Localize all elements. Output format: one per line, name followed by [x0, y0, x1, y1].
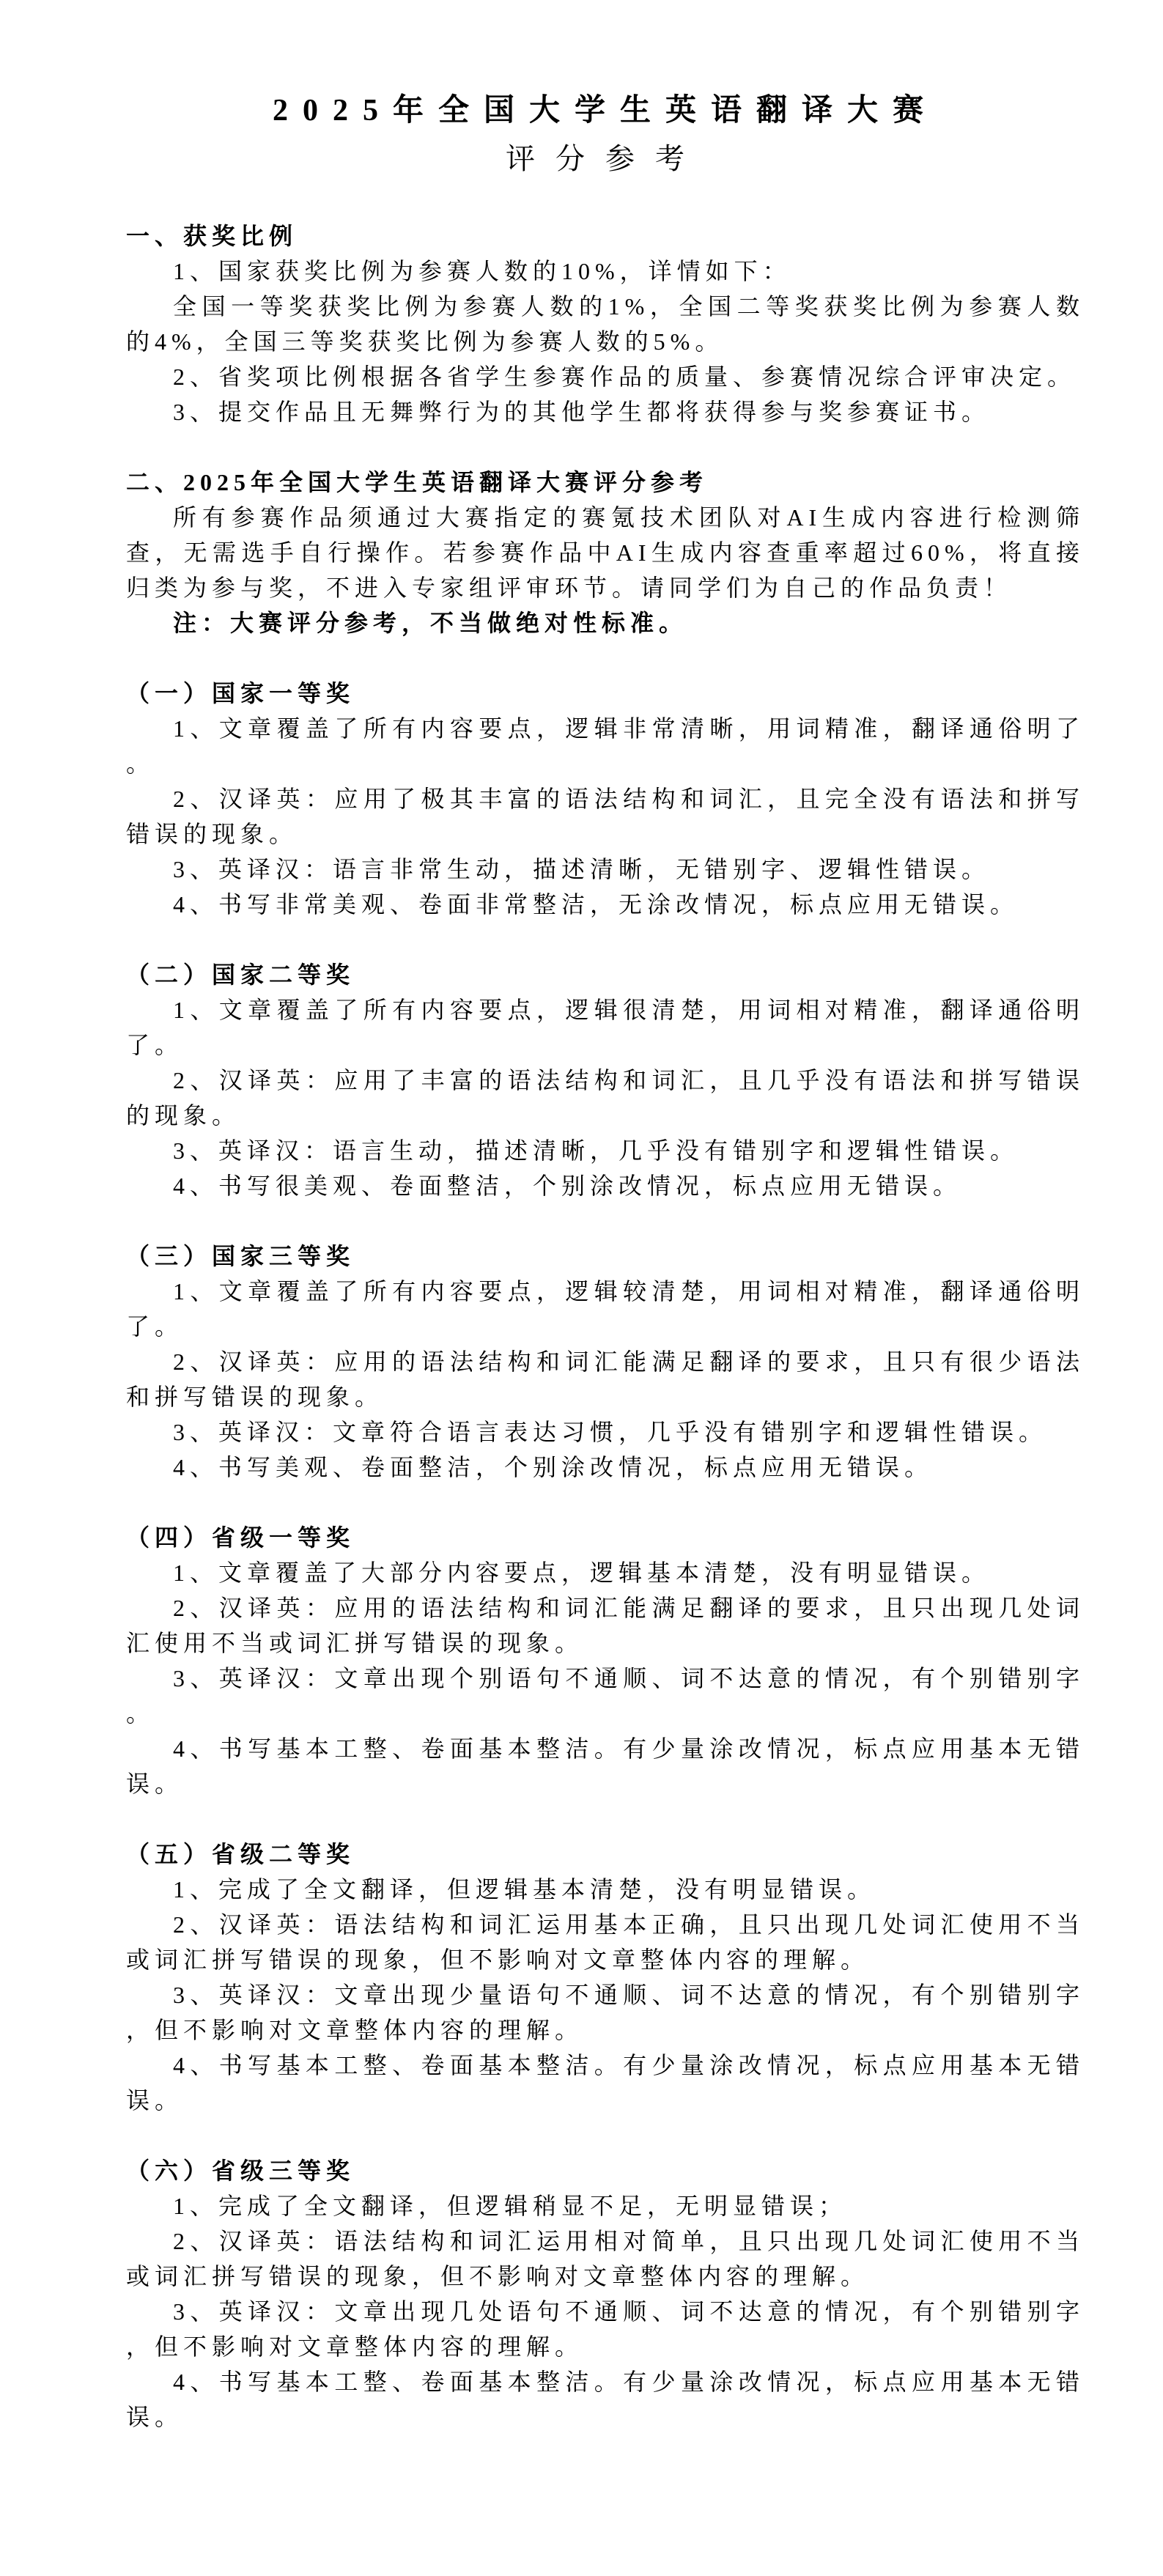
paragraph: 1、文章覆盖了所有内容要点，逻辑较清楚，用词相对精准，翻译通俗明了。: [126, 1274, 1085, 1344]
paragraph: 1、文章覆盖了所有内容要点，逻辑非常清晰，用词精准，翻译通俗明了。: [126, 711, 1085, 781]
section: （三）国家三等奖1、文章覆盖了所有内容要点，逻辑较清楚，用词相对精准，翻译通俗明…: [126, 1239, 1085, 1485]
paragraph: 3、提交作品且无舞弊行为的其他学生都将获得参与奖参赛证书。: [126, 394, 1085, 429]
paragraph: 3、英译汉：语言非常生动，描述清晰，无错别字、逻辑性错误。: [126, 852, 1085, 887]
paragraph: 3、英译汉：文章出现少量语句不通顺、词不达意的情况，有个别错别字，但不影响对文章…: [126, 1977, 1085, 2048]
section-heading: （三）国家三等奖: [126, 1239, 1085, 1274]
paragraph: 全国一等奖获奖比例为参赛人数的1%，全国二等奖获奖比例为参赛人数的4%，全国三等…: [126, 289, 1085, 359]
paragraph: 4、书写非常美观、卷面非常整洁，无涂改情况，标点应用无错误。: [126, 887, 1085, 922]
document-page: 2025年全国大学生英语翻译大赛 评分参考 一、获奖比例1、国家获奖比例为参赛人…: [0, 0, 1163, 2576]
document-content: 2025年全国大学生英语翻译大赛 评分参考 一、获奖比例1、国家获奖比例为参赛人…: [126, 86, 1085, 2435]
section: 二、2025年全国大学生英语翻译大赛评分参考所有参赛作品须通过大赛指定的赛氪技术…: [126, 465, 1085, 641]
section-heading: 二、2025年全国大学生英语翻译大赛评分参考: [126, 465, 1085, 500]
section: （四）省级一等奖1、文章覆盖了大部分内容要点，逻辑基本清楚，没有明显错误。2、汉…: [126, 1520, 1085, 1801]
paragraph: 3、英译汉：语言生动，描述清晰，几乎没有错别字和逻辑性错误。: [126, 1133, 1085, 1168]
paragraph: 2、汉译英：应用了极其丰富的语法结构和词汇，且完全没有语法和拼写错误的现象。: [126, 781, 1085, 852]
paragraph: 2、省奖项比例根据各省学生参赛作品的质量、参赛情况综合评审决定。: [126, 359, 1085, 394]
paragraph: 1、完成了全文翻译，但逻辑基本清楚，没有明显错误。: [126, 1872, 1085, 1907]
document-body: 一、获奖比例1、国家获奖比例为参赛人数的10%，详情如下：全国一等奖获奖比例为参…: [126, 218, 1085, 2435]
section-heading: （二）国家二等奖: [126, 957, 1085, 992]
paragraph: 3、英译汉：文章符合语言表达习惯，几乎没有错别字和逻辑性错误。: [126, 1414, 1085, 1450]
paragraph: 4、书写基本工整、卷面基本整洁。有少量涂改情况，标点应用基本无错误。: [126, 1731, 1085, 1801]
paragraph: 4、书写很美观、卷面整洁，个别涂改情况，标点应用无错误。: [126, 1168, 1085, 1203]
section-heading: （五）省级二等奖: [126, 1837, 1085, 1872]
paragraph: 1、文章覆盖了大部分内容要点，逻辑基本清楚，没有明显错误。: [126, 1555, 1085, 1590]
section: 一、获奖比例1、国家获奖比例为参赛人数的10%，详情如下：全国一等奖获奖比例为参…: [126, 218, 1085, 429]
paragraph: 2、汉译英：语法结构和词汇运用基本正确，且只出现几处词汇使用不当或词汇拼写错误的…: [126, 1907, 1085, 1977]
section: （二）国家二等奖1、文章覆盖了所有内容要点，逻辑很清楚，用词相对精准，翻译通俗明…: [126, 957, 1085, 1203]
section: （六）省级三等奖1、完成了全文翻译，但逻辑稍显不足，无明显错误；2、汉译英：语法…: [126, 2153, 1085, 2435]
paragraph: 4、书写美观、卷面整洁，个别涂改情况，标点应用无错误。: [126, 1450, 1085, 1485]
document-title: 2025年全国大学生英语翻译大赛: [126, 86, 1085, 135]
paragraph: 所有参赛作品须通过大赛指定的赛氪技术团队对AI生成内容进行检测筛查，无需选手自行…: [126, 500, 1085, 605]
paragraph: 2、汉译英：应用的语法结构和词汇能满足翻译的要求，且只有很少语法和拼写错误的现象…: [126, 1344, 1085, 1414]
paragraph: 注：大赛评分参考，不当做绝对性标准。: [126, 605, 1085, 641]
paragraph: 1、完成了全文翻译，但逻辑稍显不足，无明显错误；: [126, 2188, 1085, 2223]
document-subtitle: 评分参考: [126, 135, 1085, 183]
paragraph: 4、书写基本工整、卷面基本整洁。有少量涂改情况，标点应用基本无错误。: [126, 2048, 1085, 2118]
paragraph: 2、汉译英：语法结构和词汇运用相对简单，且只出现几处词汇使用不当或词汇拼写错误的…: [126, 2223, 1085, 2294]
paragraph: 1、文章覆盖了所有内容要点，逻辑很清楚，用词相对精准，翻译通俗明了。: [126, 992, 1085, 1063]
section: （一）国家一等奖1、文章覆盖了所有内容要点，逻辑非常清晰，用词精准，翻译通俗明了…: [126, 676, 1085, 922]
paragraph: 3、英译汉：文章出现几处语句不通顺、词不达意的情况，有个别错别字，但不影响对文章…: [126, 2294, 1085, 2364]
section: （五）省级二等奖1、完成了全文翻译，但逻辑基本清楚，没有明显错误。2、汉译英：语…: [126, 1837, 1085, 2118]
section-heading: （四）省级一等奖: [126, 1520, 1085, 1555]
paragraph: 4、书写基本工整、卷面基本整洁。有少量涂改情况，标点应用基本无错误。: [126, 2364, 1085, 2435]
paragraph: 2、汉译英：应用了丰富的语法结构和词汇，且几乎没有语法和拼写错误的现象。: [126, 1063, 1085, 1133]
section-heading: （六）省级三等奖: [126, 2153, 1085, 2188]
section-heading: （一）国家一等奖: [126, 676, 1085, 711]
paragraph: 2、汉译英：应用的语法结构和词汇能满足翻译的要求，且只出现几处词汇使用不当或词汇…: [126, 1590, 1085, 1661]
section-heading: 一、获奖比例: [126, 218, 1085, 254]
paragraph: 1、国家获奖比例为参赛人数的10%，详情如下：: [126, 254, 1085, 289]
paragraph: 3、英译汉：文章出现个别语句不通顺、词不达意的情况，有个别错别字。: [126, 1661, 1085, 1731]
